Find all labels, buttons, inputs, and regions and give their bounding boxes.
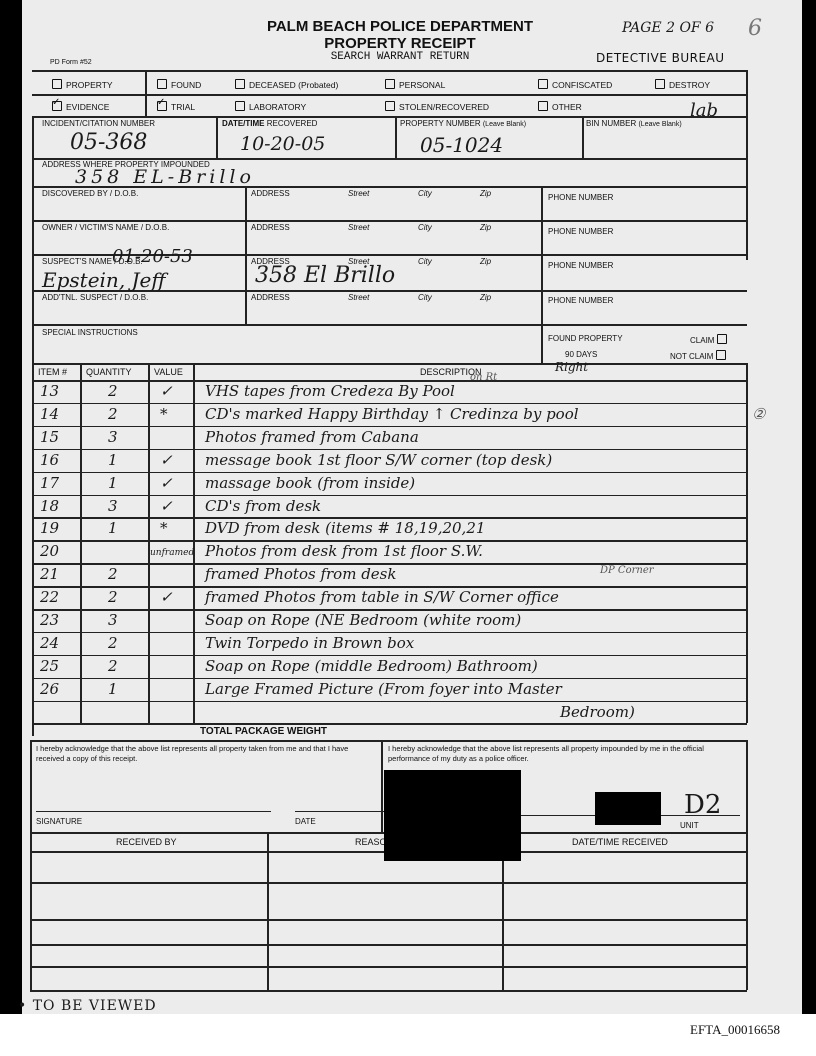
rule — [245, 186, 247, 324]
rule — [32, 94, 747, 96]
row-divider — [32, 701, 747, 703]
checkbox-property[interactable]: PROPERTY — [52, 79, 113, 90]
date-recovered[interactable]: 10-20-05 — [240, 133, 325, 155]
rule — [30, 740, 32, 990]
checkbox-other[interactable]: OTHER — [538, 101, 582, 112]
date-line — [295, 811, 385, 812]
handwritten-footer-note: • TO BE VIEWED — [18, 998, 157, 1014]
signature-line — [36, 811, 271, 812]
checkbox-destroy[interactable]: DESTROY — [655, 79, 710, 90]
item-description: message book 1st floor S/W corner (top d… — [205, 451, 552, 469]
phone-label: PHONE NUMBER — [548, 296, 613, 305]
city-label: City — [418, 189, 432, 198]
bureau-name: DETECTIVE BUREAU — [596, 51, 725, 65]
item-note: ② — [752, 405, 765, 423]
redaction-box — [384, 770, 521, 861]
bates-number: EFTA_00016658 — [690, 1022, 780, 1038]
address-label: ADDRESS — [251, 293, 290, 302]
item-description: Twin Torpedo in Brown box — [205, 634, 414, 652]
item-number: 25 — [40, 657, 59, 675]
item-quantity: 2 — [108, 634, 118, 652]
item-description: massage book (from inside) — [205, 474, 415, 492]
checkbox-icon — [538, 101, 548, 111]
item-description: CD's from desk — [205, 497, 321, 515]
checkbox-deceased[interactable]: DECEASED (Probated) — [235, 79, 338, 90]
column-header-value: VALUE — [154, 367, 183, 377]
date-recovered-label: DATE/TIME RECOVERED — [222, 119, 317, 128]
incident-number[interactable]: 05-368 — [70, 130, 147, 155]
checkbox-trial[interactable]: TRIAL — [157, 101, 195, 112]
rule — [30, 944, 747, 946]
item-number: 24 — [40, 634, 59, 652]
city-label: City — [418, 223, 432, 232]
found-days-label: 90 DAYS — [565, 350, 597, 359]
claim-checkbox[interactable]: CLAIM — [690, 334, 731, 345]
street-label: Street — [348, 189, 369, 198]
item-number: 22 — [40, 588, 59, 606]
item-quantity: 3 — [108, 497, 118, 515]
item-note: DP Corner — [600, 565, 654, 576]
item-quantity: 2 — [108, 657, 118, 675]
rule — [746, 70, 748, 260]
rule — [395, 116, 397, 158]
rule — [32, 116, 747, 118]
column-header-item: ITEM # — [38, 367, 67, 377]
rule — [30, 990, 747, 992]
item-number: 15 — [40, 428, 59, 446]
item-description: Soap on Rope (NE Bedroom (white room) — [205, 611, 521, 629]
checked-checkbox-icon — [52, 101, 62, 111]
checkbox-icon — [655, 79, 665, 89]
zip-label: Zip — [480, 223, 491, 232]
item-value: ✓ — [160, 474, 173, 492]
not-claim-checkbox[interactable]: NOT CLAIM — [670, 350, 730, 361]
incident-label: INCIDENT/CITATION NUMBER — [42, 119, 155, 128]
special-instructions-label: SPECIAL INSTRUCTIONS — [42, 328, 138, 337]
item-quantity: 2 — [108, 382, 118, 400]
checkbox-icon — [235, 79, 245, 89]
rule — [381, 740, 383, 832]
phone-label: PHONE NUMBER — [548, 227, 613, 236]
phone-label: PHONE NUMBER — [548, 261, 613, 270]
checkbox-icon — [385, 101, 395, 111]
item-number: 19 — [40, 519, 59, 537]
phone-label: PHONE NUMBER — [548, 193, 613, 202]
bin-number-label: BIN NUMBER (Leave Blank) — [586, 119, 682, 128]
item-quantity: 3 — [108, 611, 118, 629]
other-note: lab — [690, 100, 718, 121]
item-description: VHS tapes from Credeza By Pool — [205, 382, 455, 400]
item-number: 18 — [40, 497, 59, 515]
item-quantity: 1 — [108, 474, 118, 492]
street-label: Street — [348, 223, 369, 232]
item-number: 13 — [40, 382, 59, 400]
scan-edge-right — [802, 0, 816, 1014]
suspect-dob[interactable]: 01-20-53 — [112, 246, 193, 267]
suspect-address[interactable]: 358 El Brillo — [255, 263, 395, 288]
checkbox-icon — [716, 350, 726, 360]
column-header-date-time-received: DATE/TIME RECEIVED — [572, 837, 668, 847]
city-label: City — [418, 293, 432, 302]
checkbox-icon — [538, 79, 548, 89]
item-quantity: 1 — [108, 680, 118, 698]
rule — [541, 186, 543, 364]
checkbox-icon — [52, 79, 62, 89]
item-number: 23 — [40, 611, 59, 629]
rule — [746, 363, 748, 723]
acknowledgement-right: I hereby acknowledge that the above list… — [388, 744, 738, 764]
discovered-by-label: DISCOVERED BY / D.O.B. — [42, 189, 138, 198]
rule — [32, 70, 747, 72]
rule — [193, 363, 195, 723]
item-value: * — [160, 405, 168, 423]
total-package-weight-label: TOTAL PACKAGE WEIGHT — [200, 726, 327, 737]
scan-edge-left — [0, 0, 22, 1014]
checkbox-icon — [385, 79, 395, 89]
item-quantity: 2 — [108, 588, 118, 606]
item-description: Photos from desk from 1st floor S.W. — [205, 542, 483, 560]
address-impounded[interactable]: 358 EL-Brillo — [75, 166, 255, 188]
checkbox-personal[interactable]: PERSONAL — [385, 79, 445, 90]
page-note: PAGE 2 OF 6 — [622, 20, 714, 36]
item-quantity: 2 — [108, 405, 118, 423]
owner-label: OWNER / VICTIM'S NAME / D.O.B. — [42, 223, 169, 232]
rule — [32, 723, 747, 725]
item-description: Bedroom) — [560, 703, 635, 721]
column-header-received-by: RECEIVED BY — [116, 837, 177, 847]
rule — [32, 220, 747, 222]
item-description: Large Framed Picture (From foyer into Ma… — [205, 680, 562, 698]
form-title: PROPERTY RECEIPT — [230, 35, 570, 52]
checked-checkbox-icon — [157, 101, 167, 111]
checkbox-icon — [235, 101, 245, 111]
property-number-label: PROPERTY NUMBER (Leave Blank) — [400, 119, 526, 128]
item-value: ✓ — [160, 451, 173, 469]
checkbox-found[interactable]: FOUND — [157, 79, 201, 90]
rule — [32, 363, 747, 365]
item-description: Photos framed from Cabana — [205, 428, 419, 446]
rule — [267, 832, 269, 990]
rule — [582, 116, 584, 158]
item-description: CD's marked Happy Birthday ↑ Credinza by… — [205, 405, 579, 423]
item-value: ✓ — [160, 497, 173, 515]
street-label: Street — [348, 293, 369, 302]
item-quantity: 1 — [108, 519, 118, 537]
zip-label: Zip — [480, 189, 491, 198]
item-note: on Rt — [470, 372, 497, 383]
rule — [32, 324, 747, 326]
header-note: Right — [555, 360, 588, 374]
item-description: DVD from desk (items # 18,19,20,21 — [205, 519, 485, 537]
column-header-quantity: QUANTITY — [86, 367, 132, 377]
rule — [80, 363, 82, 723]
page-note-extra: 6 — [748, 16, 762, 41]
rule — [32, 740, 747, 742]
acknowledgement-left: I hereby acknowledge that the above list… — [36, 744, 366, 764]
row-divider — [32, 495, 747, 497]
redaction-box — [595, 792, 661, 825]
rule — [216, 116, 218, 158]
item-number: 17 — [40, 474, 59, 492]
checkbox-confiscated[interactable]: CONFISCATED — [538, 79, 612, 90]
agency-name: PALM BEACH POLICE DEPARTMENT — [230, 18, 570, 35]
item-number: 16 — [40, 451, 59, 469]
item-value: ✓ — [160, 382, 173, 400]
rule — [148, 363, 150, 723]
address-label: ADDRESS — [251, 189, 290, 198]
city-label: City — [418, 257, 432, 266]
item-quantity: 2 — [108, 565, 118, 583]
item-quantity: 1 — [108, 451, 118, 469]
item-number: 20 — [40, 542, 59, 560]
address-label: ADDRESS — [251, 223, 290, 232]
item-description: framed Photos from desk — [205, 565, 396, 583]
rule — [30, 882, 747, 884]
rule — [746, 740, 748, 990]
item-value: * — [160, 519, 168, 537]
unit-value[interactable]: D2 — [684, 790, 721, 820]
unit-label: UNIT — [680, 821, 699, 830]
item-number: 14 — [40, 405, 59, 423]
property-number[interactable]: 05-1024 — [420, 133, 503, 157]
checkbox-icon — [157, 79, 167, 89]
form-number: PD Form #52 — [50, 59, 92, 66]
form-subtitle: SEARCH WARRANT RETURN — [230, 51, 570, 63]
rule — [30, 919, 747, 921]
checkbox-icon — [717, 334, 727, 344]
item-quantity: 3 — [108, 428, 118, 446]
checkbox-evidence[interactable]: EVIDENCE — [52, 101, 109, 112]
rule — [30, 966, 747, 968]
zip-label: Zip — [480, 257, 491, 266]
zip-label: Zip — [480, 293, 491, 302]
item-number: 26 — [40, 680, 59, 698]
item-value: ✓ — [160, 588, 173, 606]
suspect-name[interactable]: Epstein, Jeff — [42, 268, 166, 292]
checkbox-stolen-recovered[interactable]: STOLEN/RECOVERED — [385, 101, 489, 112]
rule — [145, 70, 147, 116]
date-label: DATE — [295, 817, 316, 826]
signature-label: SIGNATURE — [36, 817, 82, 826]
item-number: 21 — [40, 565, 59, 583]
item-value: unframed — [150, 548, 194, 558]
found-property-label: FOUND PROPERTY — [548, 334, 623, 343]
addl-suspect-label: ADD'TNL. SUSPECT / D.O.B. — [42, 293, 148, 302]
item-description: Soap on Rope (middle Bedroom) Bathroom) — [205, 657, 538, 675]
checkbox-laboratory[interactable]: LABORATORY — [235, 101, 306, 112]
item-description: framed Photos from table in S/W Corner o… — [205, 588, 559, 606]
